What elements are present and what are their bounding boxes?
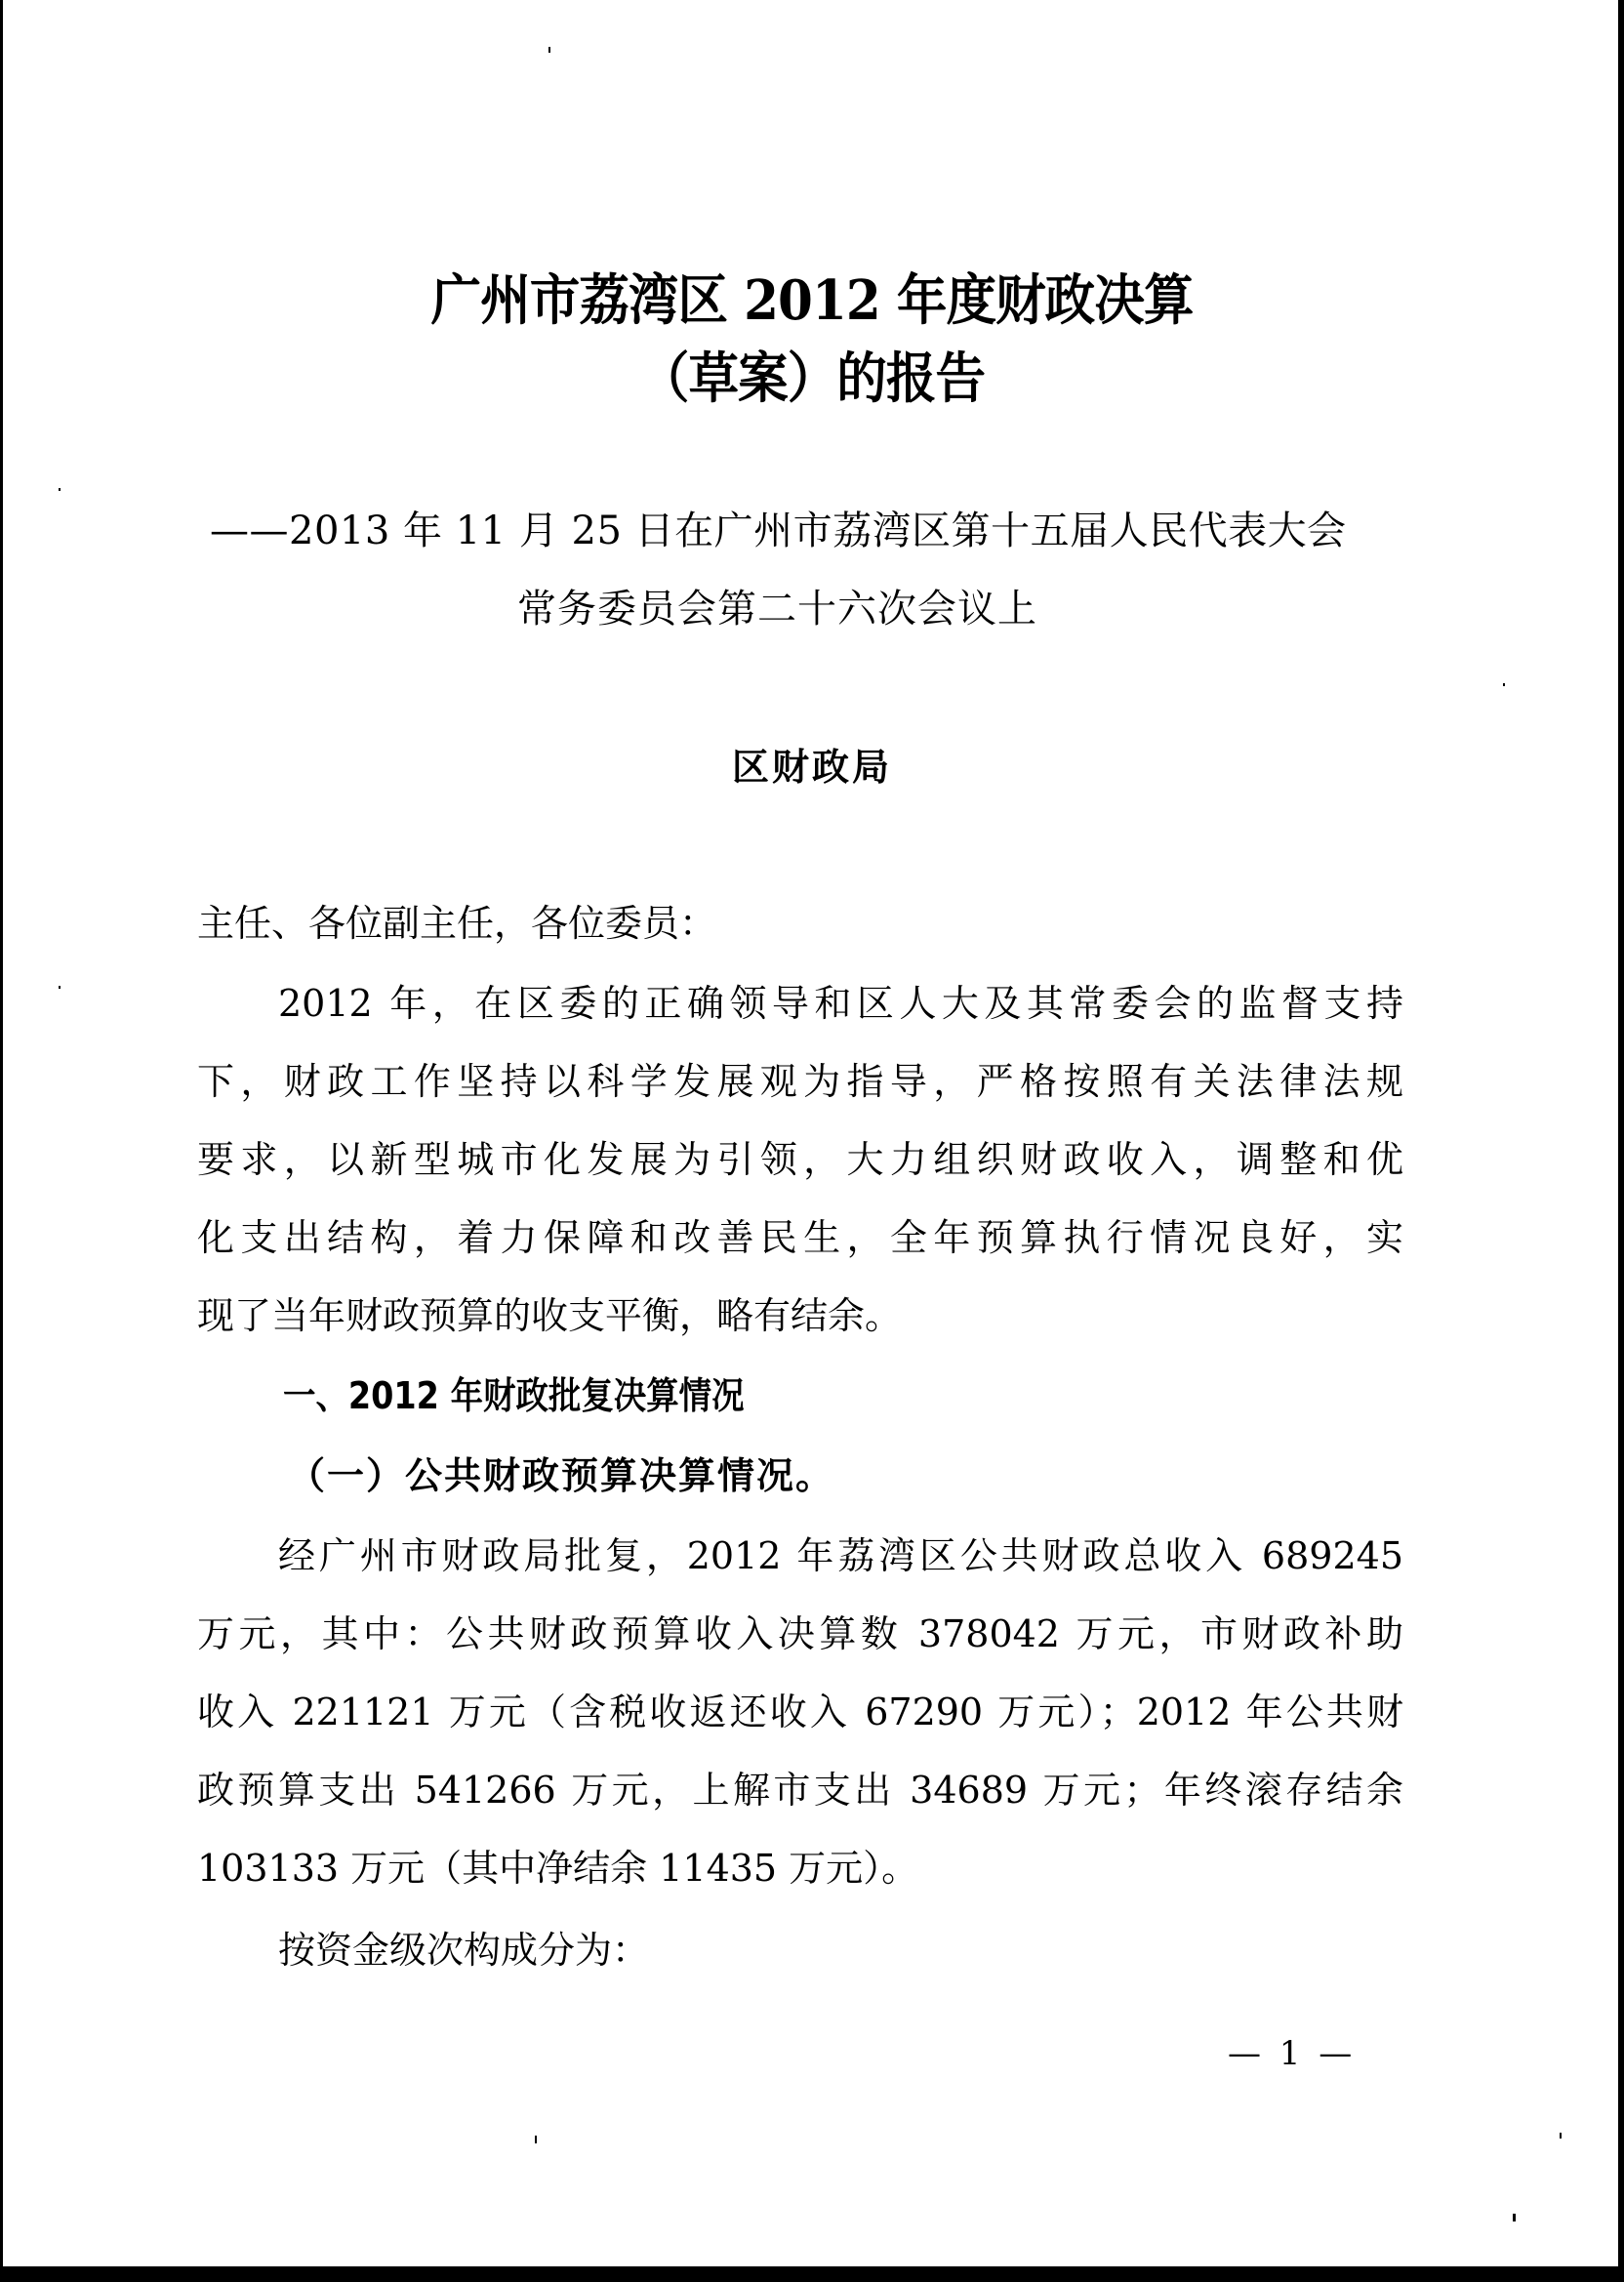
document-subtitle-line-2: 常务委员会第二十六次会议上 <box>517 586 1037 632</box>
budget-paragraph-line-2: 万元，其中：公共财政预算收入决算数 378042 万元，市财政补助 <box>197 1607 1403 1661</box>
budget-paragraph-line-5: 103133 万元（其中净结余 11435 万元）。 <box>197 1841 1403 1895</box>
intro-paragraph-line-4: 化支出结构，着力保障和改善民生，全年预算执行情况良好，实 <box>197 1210 1403 1265</box>
page-number: — 1 — <box>1228 2030 1356 2077</box>
scan-speck <box>1513 2214 1516 2221</box>
budget-paragraph-line-3: 收入 221121 万元（含税收返还收入 67290 万元）；2012 年公共财 <box>197 1685 1403 1739</box>
scan-speck <box>1560 2133 1562 2139</box>
scan-speck <box>59 986 61 989</box>
intro-paragraph-line-5: 现了当年财政预算的收支平衡，略有结余。 <box>197 1288 1403 1343</box>
section-heading: 一、2012 年财政批复决算情况 <box>283 1368 745 1423</box>
document-title-line-2: （草案）的报告 <box>65 340 1560 418</box>
document-page: 广州市荔湾区 2012 年度财政决算 （草案）的报告 ——2013 年 11 月… <box>0 0 1624 2282</box>
intro-paragraph-line-1: 2012 年，在区委的正确领导和区人大及其常委会的监督支持 <box>278 976 1403 1031</box>
subsection-heading: （一）公共财政预算决算情况。 <box>288 1448 834 1503</box>
budget-paragraph-line-4: 政预算支出 541266 万元，上解市支出 34689 万元；年终滚存结余 <box>197 1763 1403 1817</box>
document-subtitle-line-1: ——2013 年 11 月 25 日在广州市荔湾区第十五届人民代表大会 <box>210 508 1347 554</box>
document-title-line-1: 广州市荔湾区 2012 年度财政决算 <box>65 262 1560 340</box>
scan-speck <box>535 2136 537 2143</box>
scan-speck <box>1503 683 1505 686</box>
budget-paragraph-line-1: 经广州市财政局批复，2012 年荔湾区公共财政总收入 689245 <box>278 1528 1403 1583</box>
scan-speck <box>59 488 61 491</box>
document-author: 区财政局 <box>0 744 1624 791</box>
scan-speck <box>548 47 550 53</box>
breakdown-intro: 按资金级次构成分为： <box>278 1923 1403 1977</box>
salutation: 主任、各位副主任，各位委员： <box>197 896 1403 951</box>
intro-paragraph-line-3: 要求，以新型城市化发展为引领，大力组织财政收入，调整和优 <box>197 1132 1403 1187</box>
intro-paragraph-line-2: 下，财政工作坚持以科学发展观为指导，严格按照有关法律法规 <box>197 1054 1403 1109</box>
